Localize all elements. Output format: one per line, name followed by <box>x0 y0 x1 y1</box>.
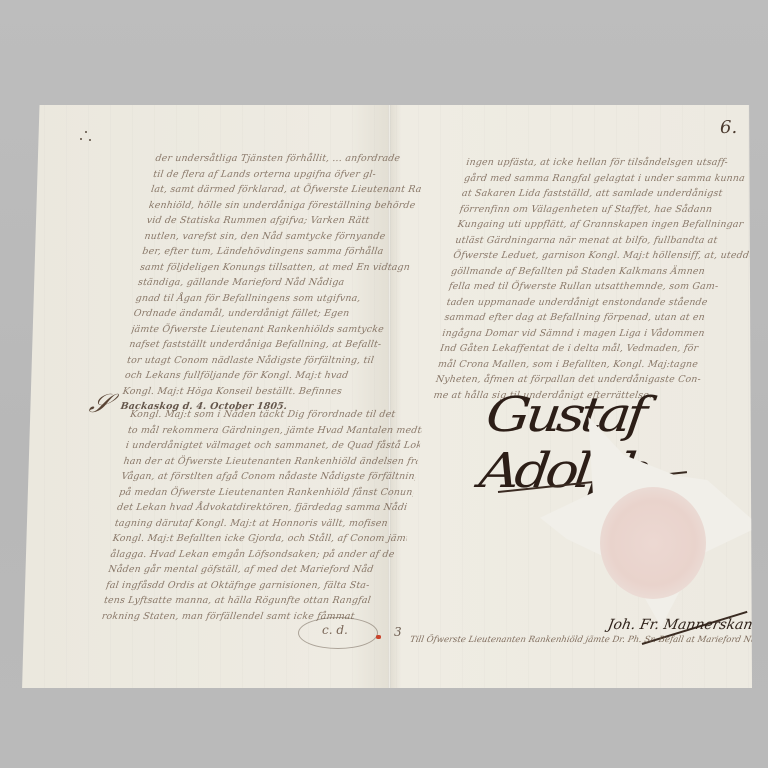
wax-seal-impression <box>600 487 706 599</box>
left-page-text-top: der undersåtliga Tjänsten förhållit, ...… <box>119 151 426 415</box>
text-line: Kongl. Maj:t som i Nåden täckt Dig föror… <box>129 407 425 423</box>
text-line: Kongl. Maj:t Befallten icke Gjorda, och … <box>112 531 408 547</box>
text-line: han der at Öfwerste Lieutenanten Rankenh… <box>123 454 419 470</box>
text-line: utläst Gärdningarna när menat at bilfo, … <box>454 233 752 249</box>
corner-ink-dots <box>80 131 94 143</box>
text-line: och Lekans fullföljande för Kongl. Maj:t… <box>124 368 396 384</box>
text-line: samt följdeligen Konungs tillsatten, at … <box>139 260 411 276</box>
text-line: tor utagt Conom nädlaste Nådigste förfäl… <box>126 353 398 369</box>
text-line: lat, samt därmed förklarad, at Öfwerste … <box>150 182 422 198</box>
text-line: Ordnade ändamål, underdånigt fället; Ege… <box>133 306 405 322</box>
addressee-line: Till Öfwerste Lieutenanten Rankenhiöld j… <box>409 635 765 645</box>
text-line: fal ingfåsdd Ordis at Oktäfnge garnision… <box>105 578 401 594</box>
text-line: vid de Statiska Rummen afgifva; Varken R… <box>146 213 418 229</box>
text-line: fella med til Öfwerste Rullan utsatthemn… <box>448 279 746 295</box>
text-line: to mål rekommera Gärdningen, jämte Hvad … <box>127 423 423 439</box>
text-line: Nyheten, åfmen at förpallan det underdån… <box>435 372 733 388</box>
flourish-initials: c. d. <box>322 623 348 637</box>
margin-number: 3 <box>394 625 402 639</box>
text-line: i underdånigtet välmaget och sammanet, d… <box>125 438 421 454</box>
red-wax-spot <box>376 635 381 639</box>
right-page-text: ingen upfästa, at icke hellan för tilsån… <box>433 155 764 403</box>
text-line: ålagga. Hvad Lekan emgån Löfsondsaken; p… <box>109 547 405 563</box>
text-line: nutlen, varefst sin, den Nåd samtycke fö… <box>143 229 415 245</box>
countersignature: Joh. Fr. Mannerskants <box>607 617 767 633</box>
text-line: nafset fastställt underdåniga Befallning… <box>128 337 400 353</box>
text-line: Öfwerste Leduet, garnison Kongl. Maj:t h… <box>452 248 750 264</box>
text-line: det Lekan hvad Ådvokatdirektören, fjärde… <box>116 500 412 516</box>
text-line: tagning därutaf Kongl. Maj:t at Honnoris… <box>114 516 410 532</box>
text-line: kenhiöld, hölle sin underdåniga förestäl… <box>148 198 420 214</box>
text-line: tens Lyftsatte manna, at hälla Rögunfte … <box>103 593 399 609</box>
manuscript-sheet: der undersåtliga Tjänsten förhållit, ...… <box>22 105 752 688</box>
text-line: ständiga, gällande Marieford Nåd Nådiga <box>137 275 409 291</box>
text-line: ingågna Domar vid Sämnd i magen Liga i V… <box>441 326 739 342</box>
page-number: 6. <box>720 117 737 138</box>
text-line: til de flera af Lands orterna upgifna öf… <box>152 167 424 183</box>
paragraph-flourish: 𝒮 <box>86 389 114 420</box>
text-line: jämte Öfwerste Lieutenant Rankenhiölds s… <box>130 322 402 338</box>
text-line: gård med samma Rangfal gelagtat i under … <box>463 171 761 187</box>
text-line: Ind Gåten Lekaffentat de i delta mål, Ve… <box>439 341 737 357</box>
text-line: Vågan, at förstlten afgå Conom nådaste N… <box>120 469 416 485</box>
text-line: taden uppmanade underdånigt enstondande … <box>446 295 744 311</box>
left-page-text-bottom: Kongl. Maj:t som i Nåden täckt Dig föror… <box>101 407 425 624</box>
text-line: göllmande af Befallten på Staden Kalkman… <box>450 264 748 280</box>
text-line: ber, efter tum, Ländehövdingens samma fö… <box>141 244 413 260</box>
text-line: at Sakaren Lida fastställd, att samlade … <box>461 186 759 202</box>
text-line: på medan Öfwerste Lieutenanten Rankenhiö… <box>118 485 414 501</box>
text-line: gnad til Ågan för Befallningens som utgi… <box>135 291 407 307</box>
text-line: Kongl. Maj:t Höga Konseil beställt. Befi… <box>122 384 394 400</box>
text-line: ingen upfästa, at icke hellan för tilsån… <box>465 155 763 171</box>
text-line: Nåden går mental göfställ, af med det Ma… <box>107 562 403 578</box>
text-line: sammad efter dag at Befallning förpenad,… <box>443 310 741 326</box>
text-line: Kungaing uti uppflätt, af Grannskapen in… <box>457 217 755 233</box>
text-line: förrenfinn om Välagenheten uf Staffet, h… <box>459 202 757 218</box>
text-line: mål Crona Mallen, som i Befallten, Kongl… <box>437 357 735 373</box>
text-line: der undersåtliga Tjänsten förhållit, ...… <box>154 151 426 167</box>
